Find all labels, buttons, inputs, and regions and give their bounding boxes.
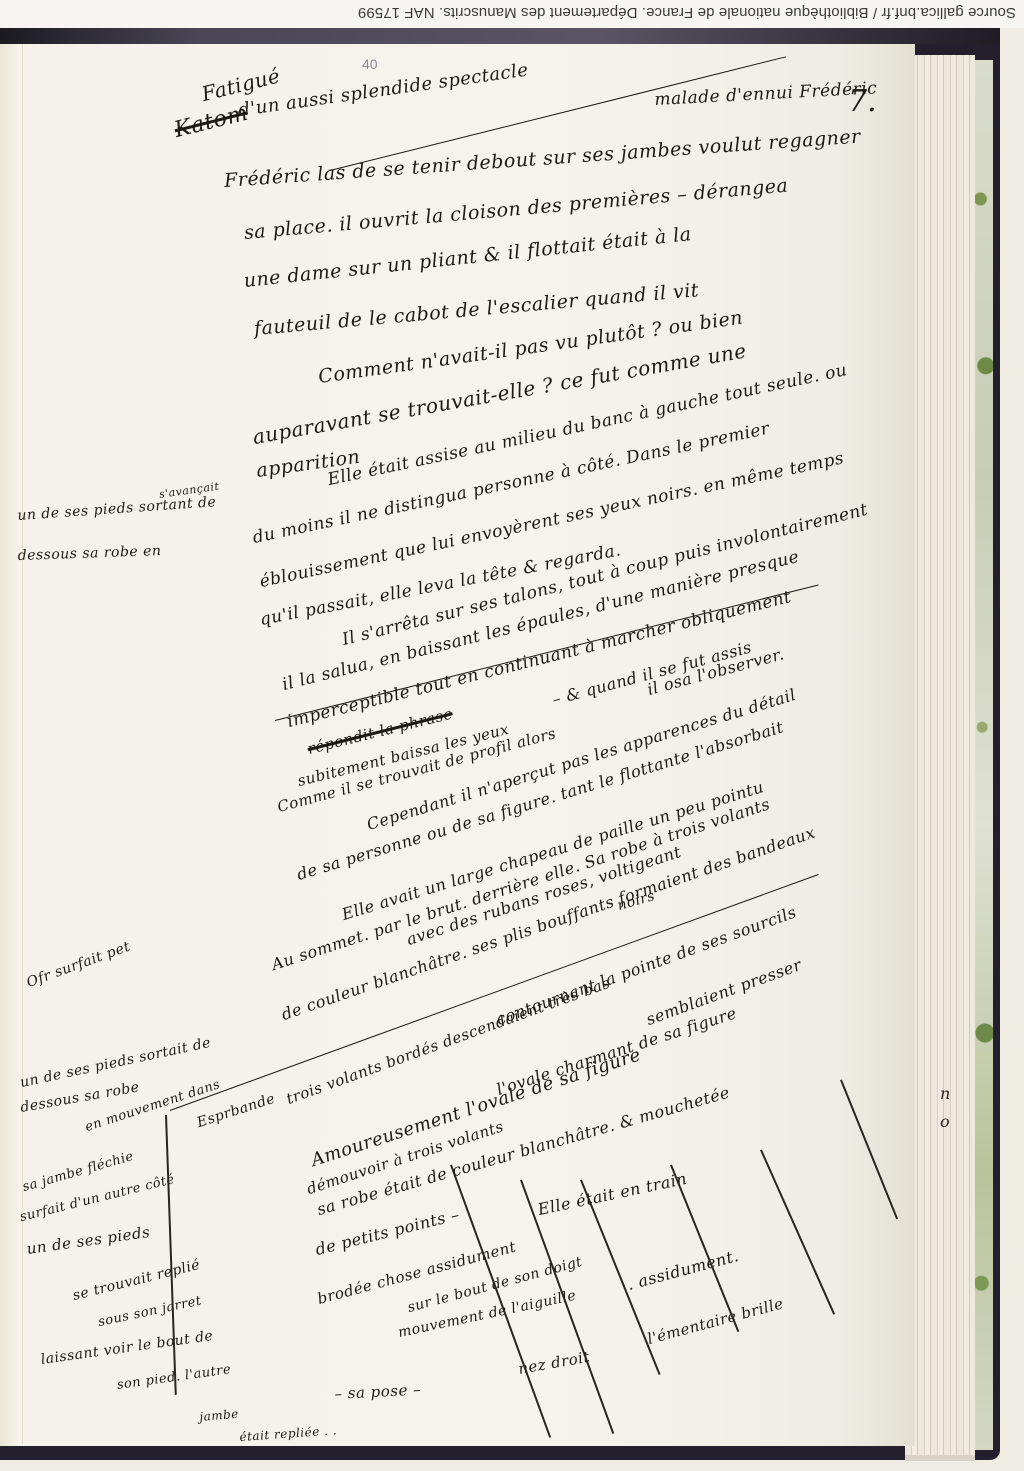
edge-mark: n [940, 1080, 950, 1108]
binding-top-edge [0, 28, 1000, 44]
gutter-line [22, 44, 23, 1444]
page-edges-stack [905, 55, 975, 1461]
marbled-endpaper [975, 60, 993, 1450]
edge-mark: o [940, 1108, 950, 1136]
folio-number: 40 [362, 56, 378, 72]
page-edge-marks: n o [940, 1080, 950, 1136]
source-banner-text: Source gallica.bnf.fr / Bibliothèque nat… [0, 4, 1024, 21]
source-banner: Source gallica.bnf.fr / Bibliothèque nat… [0, 0, 1024, 28]
